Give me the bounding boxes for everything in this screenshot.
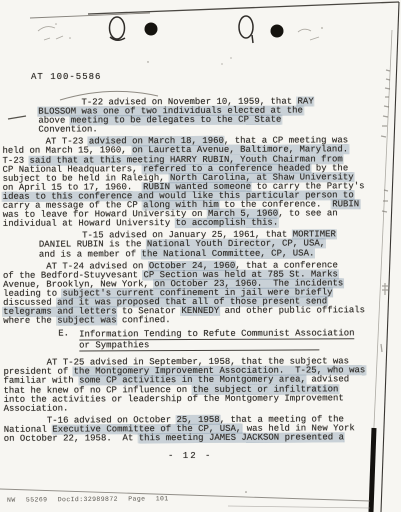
hole-punch-dot-right [271,25,284,38]
paragraph: AT T-25 advised in September, 1958, that… [3,357,377,413]
top-page-edge-line [88,2,399,14]
hole-punch-outline-right [239,16,253,43]
pencil-scribble-right [298,27,323,40]
highlighted-text: subject was [57,315,116,325]
highlighted-text: meeting to be delegates to the CP State [71,115,282,126]
paragraph: T-16 advised on October 25, 1958, that a… [4,415,378,444]
section-heading-label: E. [58,330,69,352]
scan-footer: NW 55269 DocId:32989872 Page 101 [7,495,169,503]
section-heading: E.Information Tending to Refute Communis… [58,328,377,351]
text-run: confined. [117,315,171,325]
right-page-edge-line [381,2,399,512]
section-heading-line: or Sympathies [79,340,319,352]
hole-punch-dot-left [145,23,158,36]
paragraph: T-15 advised on January 25, 1961, that M… [39,230,377,259]
binding-smudges [381,70,390,352]
file-number: AT 100-5586 [31,72,101,82]
bottom-page-edge-line-2 [228,506,370,508]
document-body: T-22 advised on November 10, 1959, that … [2,97,378,447]
highlighted-text: the National Committee, CP, USA. [142,248,315,259]
paragraph: T-22 advised on November 10, 1959, that … [38,97,376,135]
scanned-document-page: AT 100-5586 T-22 advised on November 10,… [0,0,401,512]
hole-punch-outline-left [110,17,126,40]
section-heading-text: Information Tending to Refute Communist … [79,329,355,352]
top-page-edge-stub [30,13,150,18]
pencil-scribble-left [38,23,71,40]
highlighted-text: to accomplish this. [176,218,279,228]
paragraph: AT T-24 advised on October 24, 1960, tha… [3,261,377,326]
highlighted-text: this meeting JAMES JACKSON presented a [139,432,344,443]
page-number: - 12 - [168,451,212,461]
highlighted-text: KENNEDY [181,306,219,316]
paragraph: AT T-23 advised on March 18, 1960, that … [2,137,376,230]
